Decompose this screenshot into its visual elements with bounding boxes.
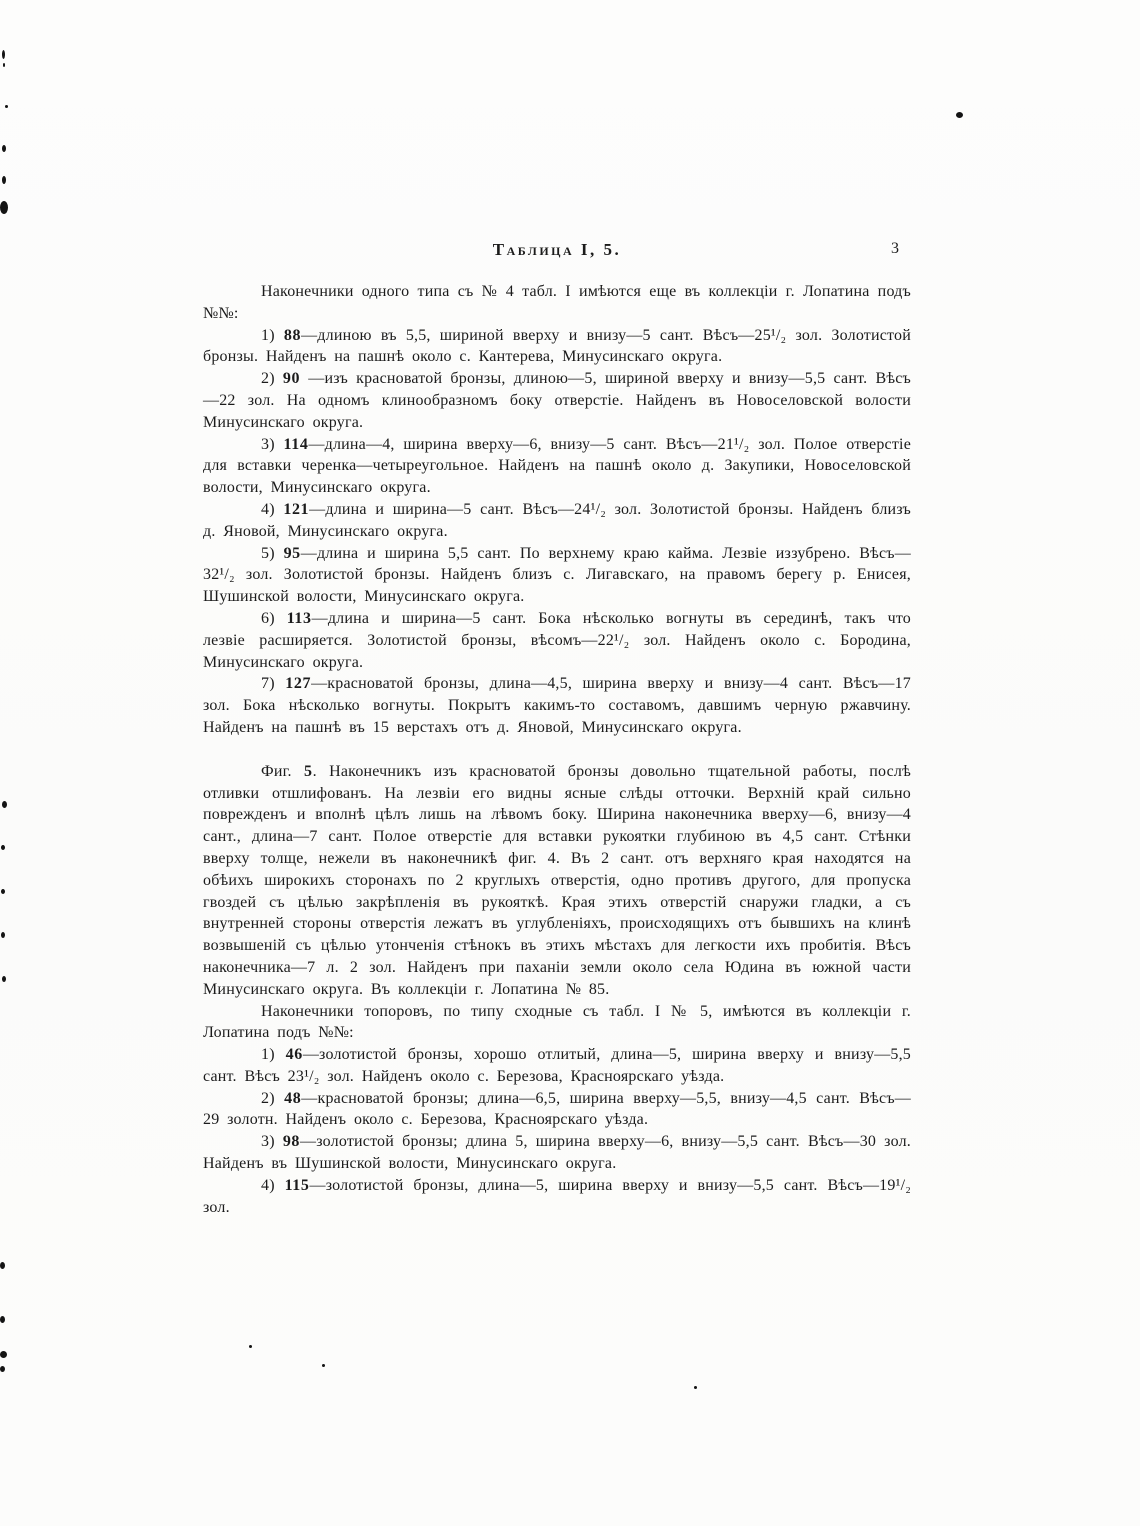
item-number: 113 (287, 610, 312, 627)
text-run: 2) (261, 1090, 284, 1107)
text-run: 3) (261, 1133, 283, 1150)
scan-speck (2, 801, 7, 808)
scan-speck (1, 889, 5, 894)
item-number: 46 (286, 1046, 303, 1063)
text-run: 2) (261, 370, 283, 387)
text-run: —длиною въ 5,5, шириной вверху и внизу—5… (203, 327, 911, 366)
text-body: Наконечники одного типа съ № 4 табл. I и… (203, 281, 911, 1218)
scan-speck (0, 1351, 7, 1358)
item-number: 95 (284, 545, 301, 562)
scan-speck (0, 1316, 5, 1323)
scan-speck (2, 145, 6, 152)
table-label: Таблица I, 5. (203, 240, 911, 260)
paragraph-item-114: 3) 114—длина—4, ширина вверху—6, внизу—5… (203, 434, 911, 499)
scan-speck (1, 932, 5, 938)
scan-speck (3, 63, 5, 67)
page-header: Таблица I, 5. 3 (203, 240, 911, 264)
scan-speck (5, 105, 8, 108)
paragraph-item-46: 1) 46—золотистой бронзы, хорошо отлитый,… (203, 1044, 911, 1088)
paragraph-fig-5-description: Фиг. 5. Наконечникъ изъ красноватой брон… (203, 761, 911, 1001)
text-run: —длина и ширина 5,5 сант. По верхнему кр… (203, 545, 911, 606)
item-number: 5 (304, 763, 313, 780)
paragraph-item-98: 3) 98—золотистой бронзы; длина 5, ширина… (203, 1131, 911, 1175)
text-run: —золотистой бронзы; длина 5, ширина ввер… (203, 1133, 911, 1172)
item-number: 114 (284, 436, 309, 453)
text-run: Наконечники топоровъ, по типу сходные съ… (203, 1003, 911, 1042)
item-number: 88 (284, 327, 301, 344)
text-run: 6) (261, 610, 287, 627)
scan-speck (0, 1366, 5, 1372)
paragraph-item-95: 5) 95—длина и ширина 5,5 сант. По верхне… (203, 543, 911, 608)
text-run: —золотистой бронзы, хорошо отлитый, длин… (203, 1046, 911, 1085)
item-number: 127 (285, 675, 311, 692)
text-run: —золотистой бронзы, длина—5, ширина ввер… (203, 1177, 911, 1216)
paragraph-item-113: 6) 113—длина и ширина—5 сант. Бока нѣско… (203, 608, 911, 673)
scan-speck (956, 112, 963, 118)
text-run: 5) (261, 545, 284, 562)
paragraph-item-90: 2) 90 —изъ красноватой бронзы, длиною—5,… (203, 368, 911, 433)
text-run: —красноватой бронзы; длина—6,5, ширина в… (203, 1090, 911, 1129)
scan-speck (0, 1262, 5, 1269)
item-number: 90 (283, 370, 300, 387)
text-run: —длина и ширина—5 сант. Вѣсъ—24¹/₂ зол. … (203, 501, 911, 540)
scan-speck (2, 176, 6, 184)
text-run: Наконечники одного типа съ № 4 табл. I и… (203, 283, 911, 322)
text-run: 3) (261, 436, 284, 453)
text-run: 4) (261, 1177, 285, 1194)
scan-speck (2, 976, 6, 982)
paragraph-item-121: 4) 121—длина и ширина—5 сант. Вѣсъ—24¹/₂… (203, 499, 911, 543)
item-number: 48 (284, 1090, 301, 1107)
paragraph-intro-axes: Наконечники топоровъ, по типу сходные съ… (203, 1001, 911, 1045)
text-run: 1) (261, 1046, 286, 1063)
paragraph-item-115: 4) 115—золотистой бронзы, длина—5, ширин… (203, 1175, 911, 1219)
scan-speck (249, 1345, 252, 1348)
paragraph-item-127: 7) 127—красноватой бронзы, длина—4,5, ши… (203, 673, 911, 738)
scan-speck (0, 201, 8, 214)
scan-speck (694, 1386, 697, 1389)
scan-speck (322, 1364, 325, 1367)
text-run: Фиг. (261, 763, 304, 780)
text-run: —длина—4, ширина вверху—6, внизу—5 сант.… (203, 436, 911, 497)
text-run: 1) (261, 327, 284, 344)
text-run: 7) (261, 675, 285, 692)
item-number: 115 (285, 1177, 310, 1194)
scan-speck (2, 50, 5, 59)
scan-speck (1, 845, 5, 850)
paragraph-item-88: 1) 88—длиною въ 5,5, шириной вверху и вн… (203, 325, 911, 369)
paragraph-item-48: 2) 48—красноватой бронзы; длина—6,5, шир… (203, 1088, 911, 1132)
page-number: 3 (891, 240, 899, 258)
text-run: 4) (261, 501, 283, 518)
text-run: —изъ красноватой бронзы, длиною—5, ширин… (203, 370, 911, 431)
item-number: 98 (283, 1133, 300, 1150)
paragraph-intro-collection: Наконечники одного типа съ № 4 табл. I и… (203, 281, 911, 325)
text-run: . Наконечникъ изъ красноватой бронзы дов… (203, 763, 911, 998)
item-number: 121 (283, 501, 309, 518)
scanned-book-page: Таблица I, 5. 3 Наконечники одного типа … (0, 0, 1140, 1526)
